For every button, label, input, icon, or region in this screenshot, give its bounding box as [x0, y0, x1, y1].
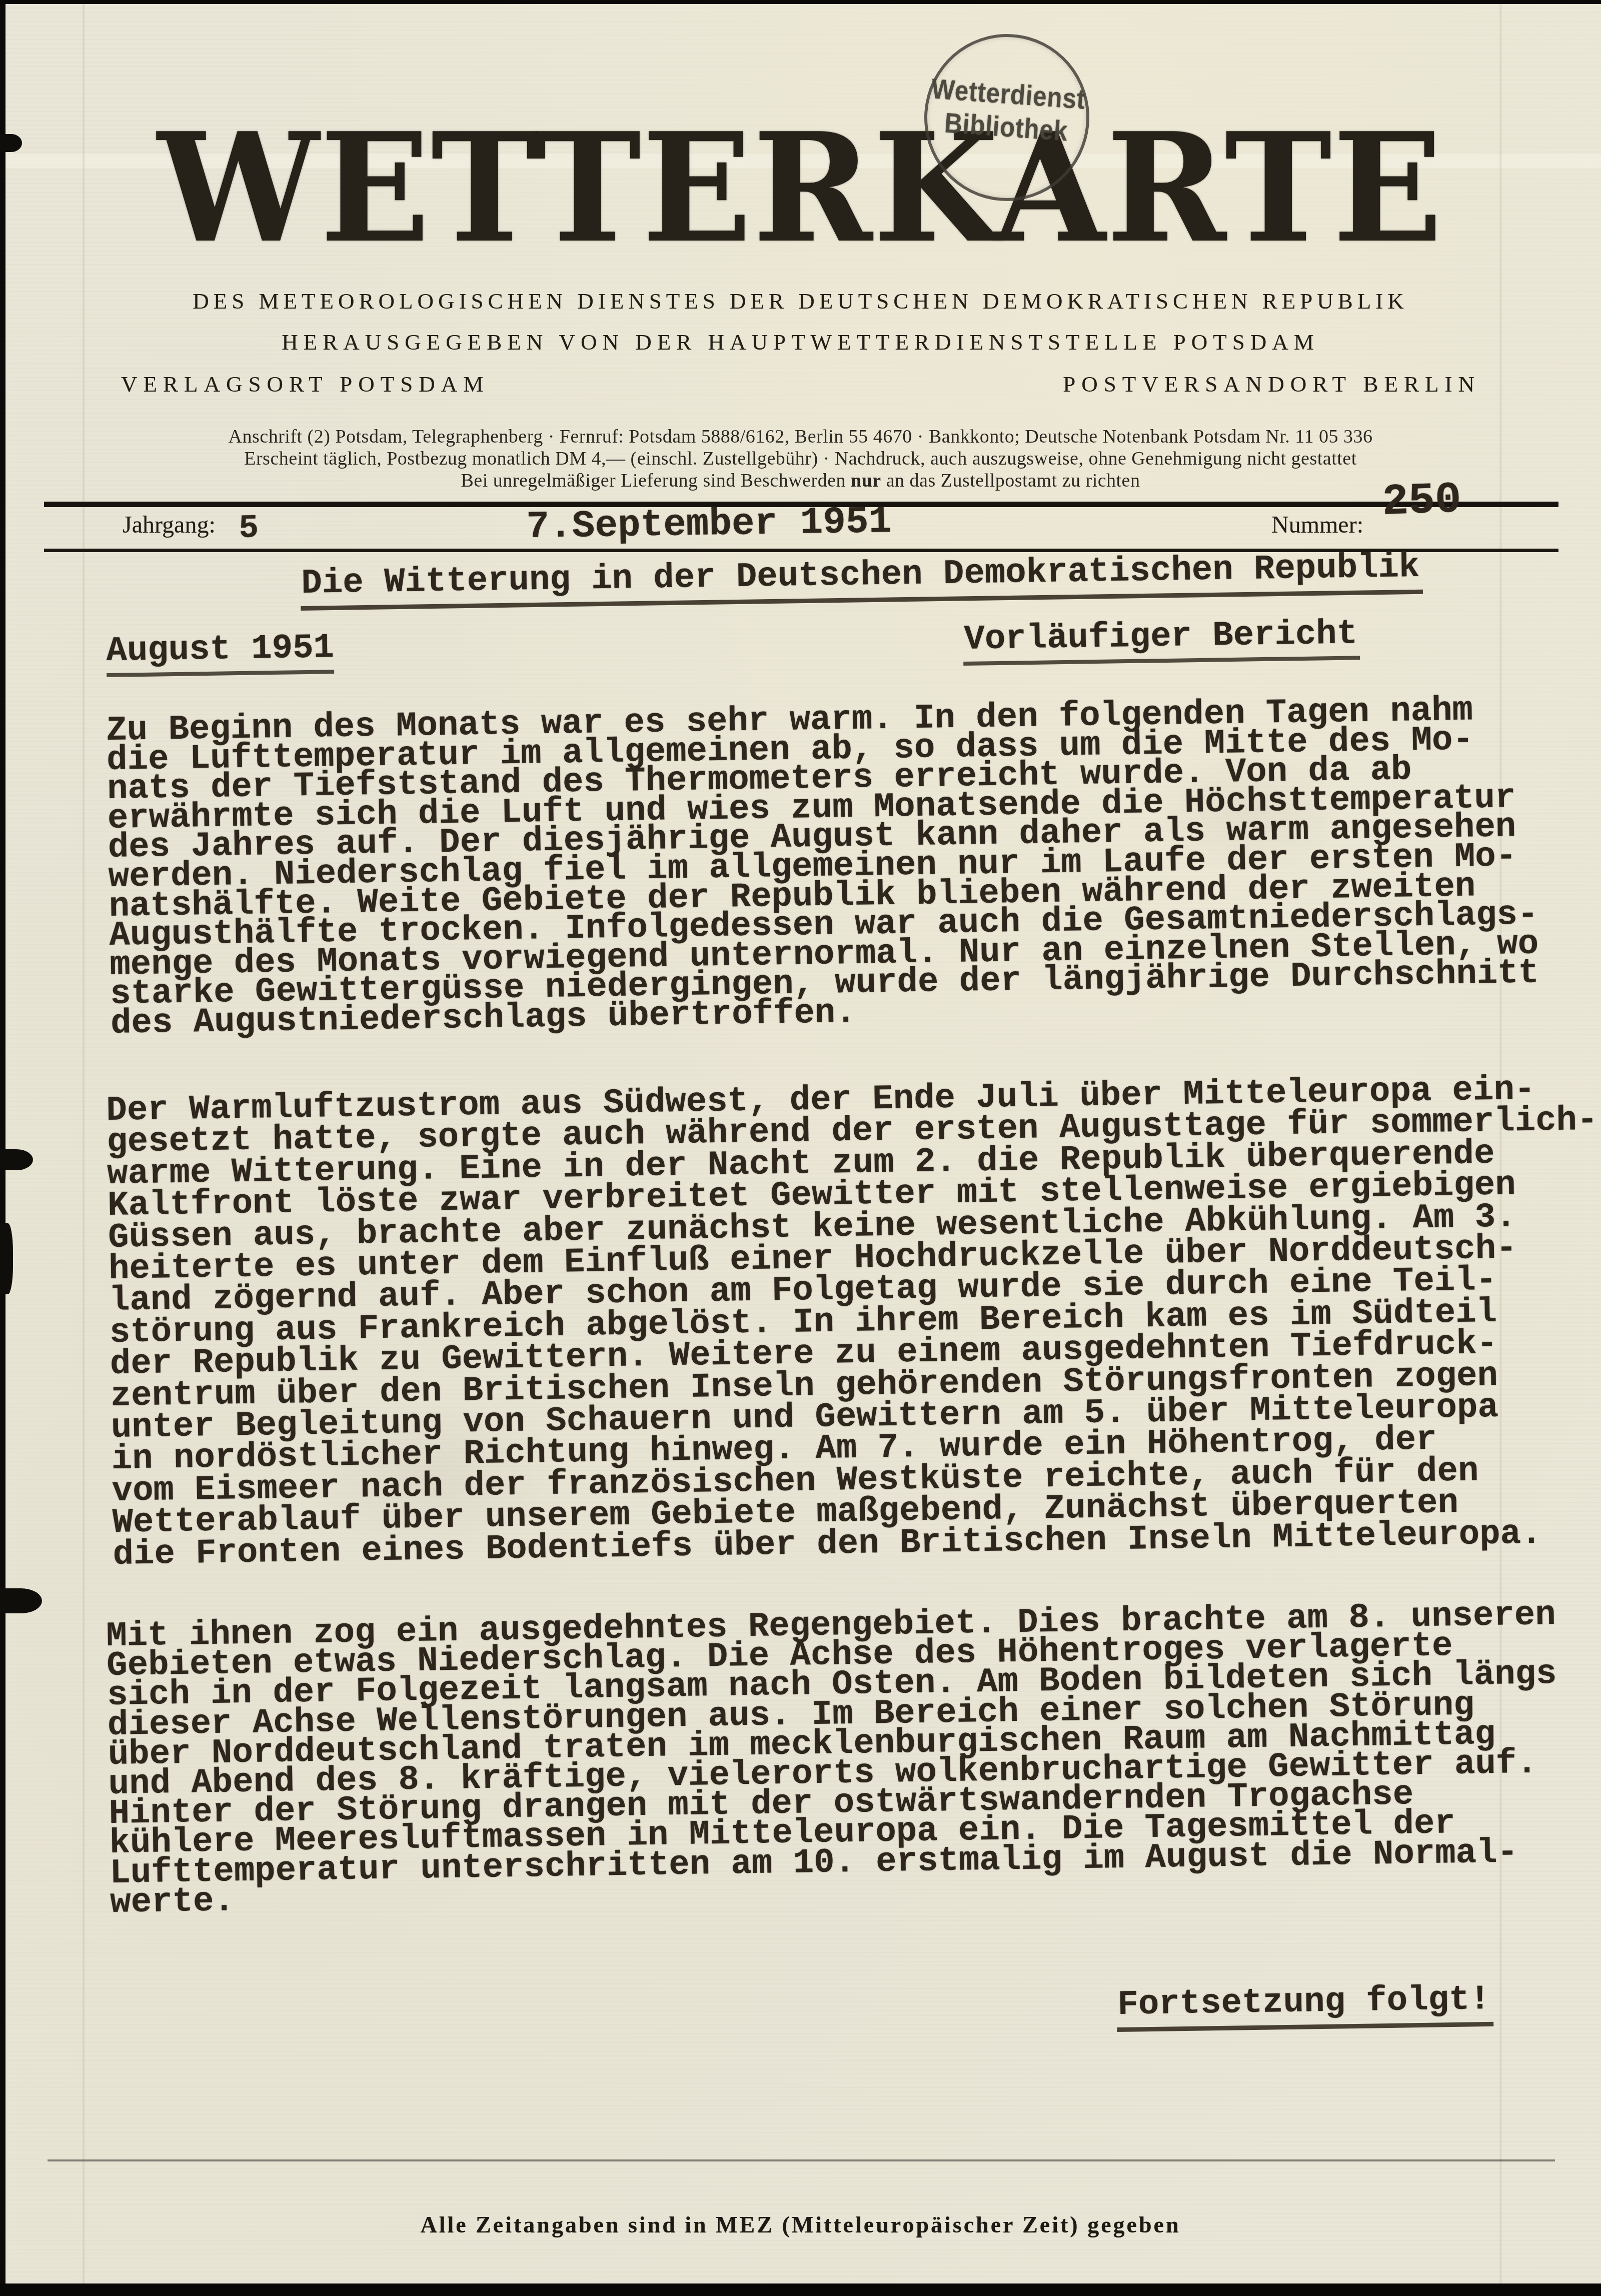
report-type-label: Vorläufiger Bericht: [963, 617, 1360, 666]
publisher-right: POSTVERSANDORT BERLIN: [1063, 373, 1480, 396]
number-label: Nummer:: [1271, 513, 1363, 537]
scanned-page: Wetterdienst Bibliothek WETTERKARTE DES …: [0, 0, 1601, 2296]
masthead-subtitle-1: DES METEOROLOGISCHEN DIENSTES DER DEUTSC…: [0, 290, 1601, 313]
binding-mark: [0, 134, 22, 152]
footer-rule: [48, 2159, 1555, 2161]
masthead-title: WETTERKARTE: [32, 113, 1569, 263]
scan-edge-top: [0, 0, 1601, 4]
publisher-row: VERLAGSORT POTSDAM POSTVERSANDORT BERLIN: [121, 373, 1480, 396]
imprint-line-3-bold: nur: [851, 470, 881, 491]
continuation-note: Fortsetzung folgt!: [1116, 1982, 1494, 2032]
publisher-left: VERLAGSORT POTSDAM: [121, 373, 489, 396]
scan-edge-bottom: [0, 2283, 1601, 2296]
imprint-line-3-suffix: an das Zustellpostamt zu richten: [881, 470, 1140, 491]
footer-note: Alle Zeitangaben sind in MEZ (Mitteleuro…: [0, 2213, 1601, 2236]
report-month-label: August 1951: [106, 631, 335, 677]
imprint-line-3-prefix: Bei unregelmäßiger Lieferung sind Beschw…: [461, 470, 851, 491]
imprint-line-1: Anschrift (2) Potsdam, Telegraphenberg ·…: [0, 427, 1601, 446]
report-paragraph-2: Der Warmluftzustrom aus Südwest, der End…: [106, 1073, 1601, 1571]
issue-date: 7.September 1951: [526, 503, 892, 546]
library-stamp-text: Wetterdienst Bibliothek: [918, 72, 1097, 150]
imprint-line-2: Erscheint täglich, Postbezug monatlich D…: [0, 449, 1601, 468]
binding-mark: [0, 1149, 33, 1170]
binding-mark: [0, 1223, 13, 1294]
scan-edge-left: [0, 0, 6, 2296]
report-paragraph-1: Zu Beginn des Monats war es sehr warm. I…: [106, 695, 1539, 1039]
binding-mark: [0, 1588, 42, 1613]
imprint-line-3: Bei unregelmäßiger Lieferung sind Beschw…: [0, 471, 1601, 490]
report-paragraph-3: Mit ihnen zog ein ausgedehntes Regengebi…: [106, 1600, 1560, 1918]
volume-label: Jahrgang:: [123, 513, 216, 537]
number-value: 250: [1381, 478, 1462, 525]
volume-value: 5: [239, 512, 259, 545]
masthead-subtitle-2: HERAUSGEGEBEN VON DER HAUPTWETTERDIENSTS…: [0, 331, 1601, 354]
